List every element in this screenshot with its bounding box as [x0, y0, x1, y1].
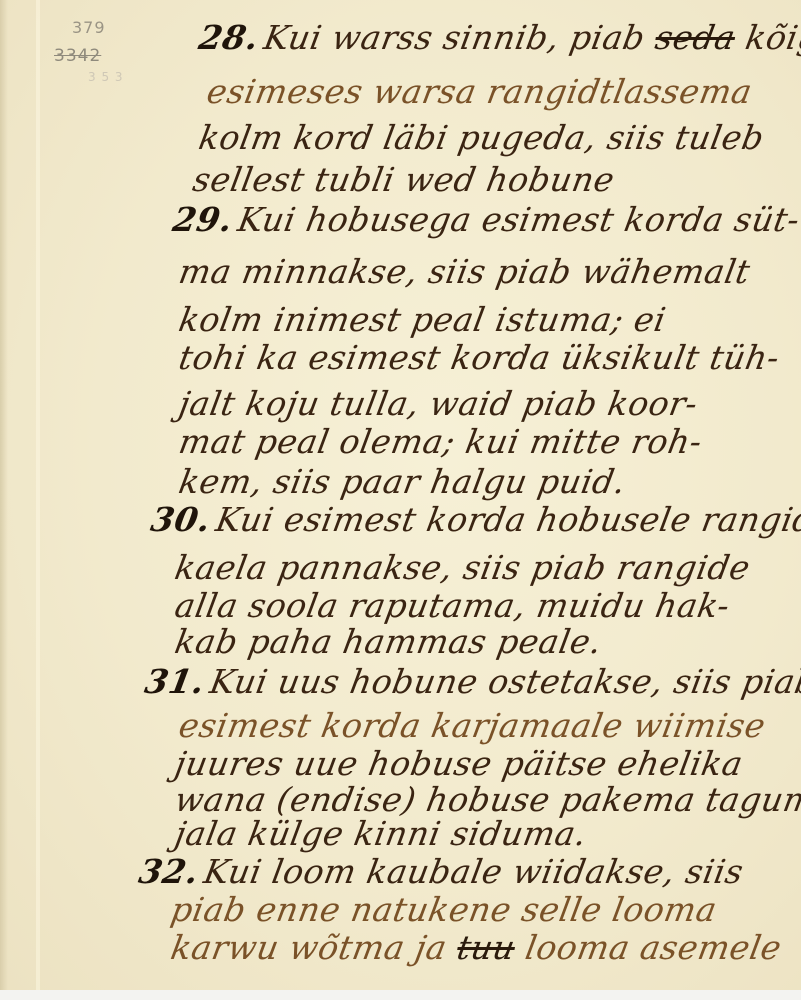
manuscript-page: 379 3342 3 5 3 28.Kui warss sinnib, piab… [0, 0, 801, 990]
entry-29-line-7: kem, siis paar halgu puid. [176, 462, 629, 501]
entry-28-line-1: 28.Kui warss sinnib, piab seda kõige [196, 18, 801, 57]
entry-31-line-5: jala külge kinni siduma. [172, 814, 590, 853]
entry-number: 29. [170, 200, 236, 239]
entry-number: 30. [148, 500, 214, 539]
entry-number: 32. [136, 852, 202, 891]
line-text: Kui loom kaubale wiidakse, siis [201, 852, 747, 891]
entry-31-line-3: juures uue hobuse päitse ehelika [172, 744, 746, 783]
entry-28-line-3: kolm kord läbi pugeda, siis tuleb [196, 118, 767, 157]
entry-29-line-3: kolm inimest peal istuma; ei [176, 300, 669, 339]
entry-31-line-1: 31.Kui uus hobune ostetakse, siis piab [142, 662, 801, 701]
line-text-after: kõige [743, 18, 801, 57]
struck-word: tuu [454, 928, 518, 967]
entry-29-line-1: 29.Kui hobusega esimest korda süt- [170, 200, 801, 239]
struck-word: seda [652, 18, 738, 57]
line-text: Kui esimest korda hobusele rangid [213, 500, 801, 539]
entry-32-line-2: piab enne natukene selle looma [168, 890, 720, 929]
entry-31-line-2: esimest korda karjamaale wiimise [176, 706, 769, 745]
archive-number-old-struck: 3342 [54, 46, 101, 66]
entry-32-line-3: karwu wõtma ja tuu looma asemele [168, 928, 785, 967]
entry-30-line-1: 30.Kui esimest korda hobusele rangid [148, 500, 801, 539]
entry-number: 28. [196, 18, 262, 57]
archive-number-faint: 3 5 3 [88, 70, 124, 84]
entry-number: 31. [142, 662, 208, 701]
entry-29-line-2: ma minnakse, siis piab wähemalt [176, 252, 753, 291]
entry-28-line-2: esimeses warsa rangidtlassema [204, 72, 755, 111]
entry-29-line-4: tohi ka esimest korda üksikult tüh- [176, 338, 783, 377]
line-text-after: looma asemele [522, 928, 784, 967]
entry-30-line-4: kab paha hammas peale. [172, 622, 605, 661]
archive-number-current: 379 [72, 18, 106, 37]
entry-32-line-1: 32.Kui loom kaubale wiidakse, siis [136, 852, 746, 891]
line-text: Kui warss sinnib, piab [261, 18, 648, 57]
entry-29-line-6: mat peal olema; kui mitte roh- [176, 422, 705, 461]
line-text: karwu wõtma ja [168, 928, 450, 967]
entry-30-line-3: alla soola raputama, muidu hak- [172, 586, 733, 625]
entry-30-line-2: kaela pannakse, siis piab rangide [172, 548, 753, 587]
line-text: Kui hobusega esimest korda süt- [235, 200, 801, 239]
entry-28-line-4: sellest tubli wed hobune [190, 160, 618, 199]
entry-29-line-5: jalt koju tulla, waid piab koor- [176, 384, 701, 423]
scan-bottom-margin [0, 990, 801, 1000]
line-text: Kui uus hobune ostetakse, siis piab [207, 662, 801, 701]
